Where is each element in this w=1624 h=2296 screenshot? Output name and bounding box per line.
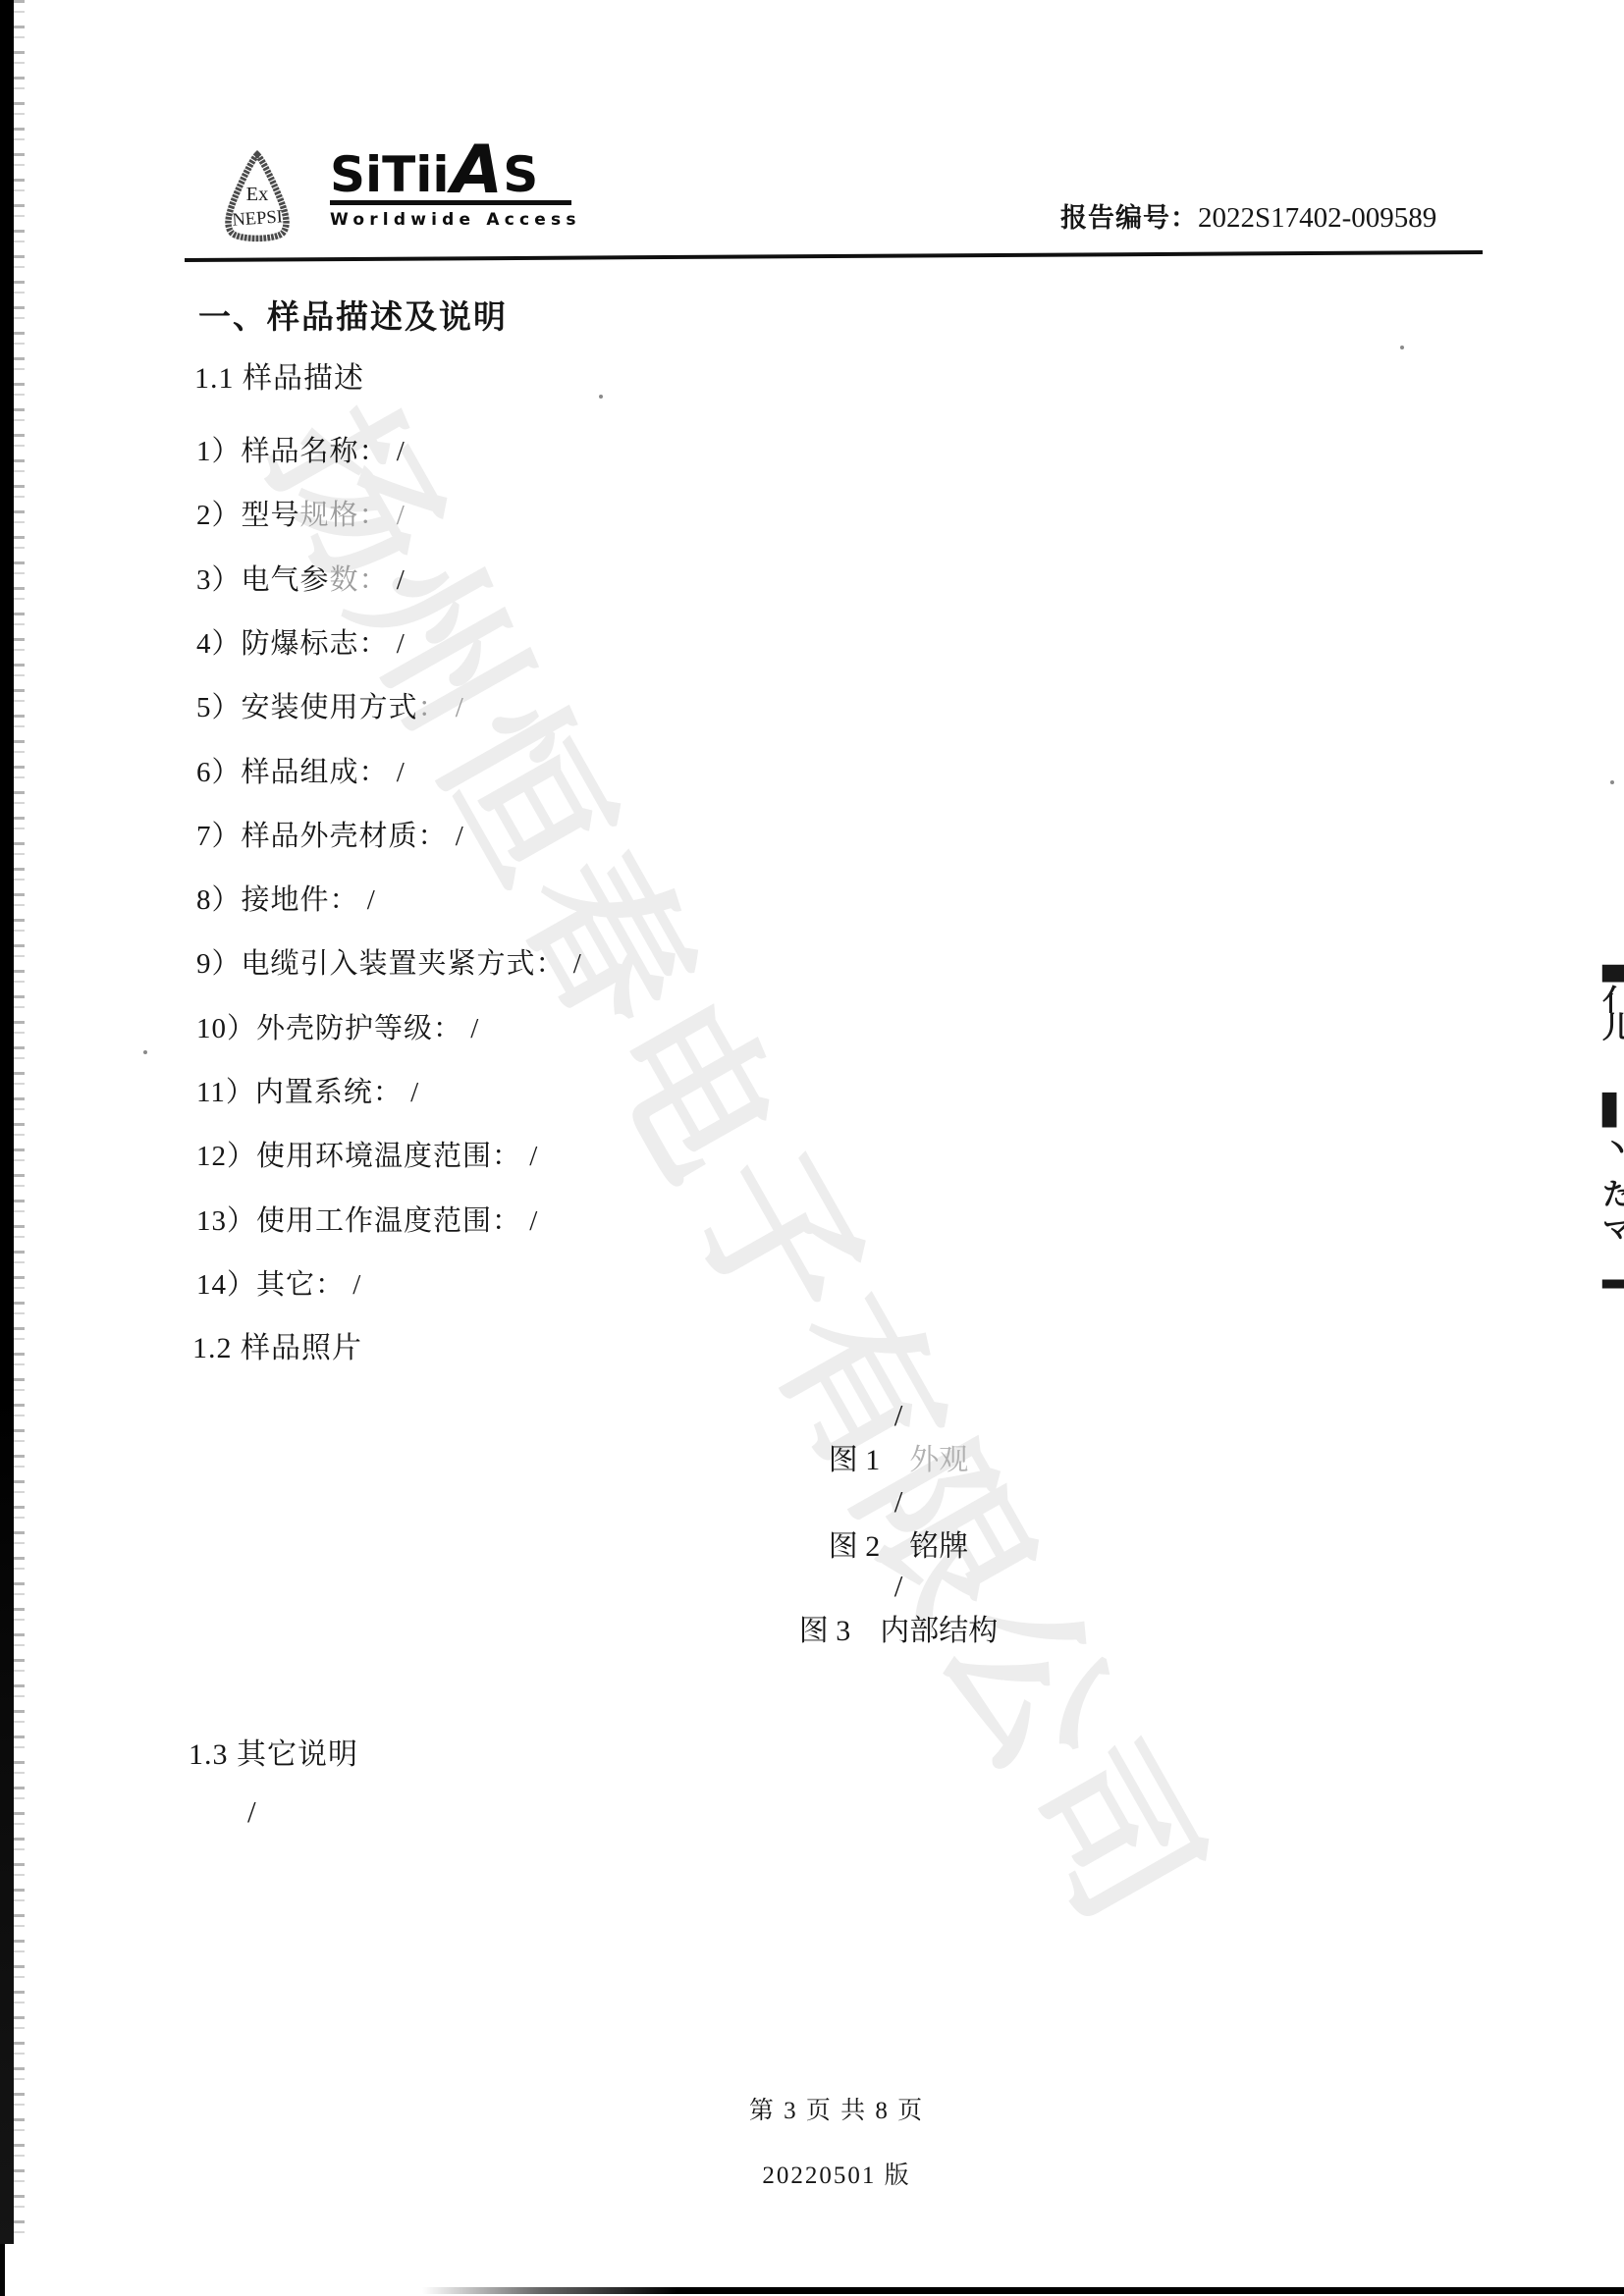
sample-item-text: 2）型号 bbox=[196, 500, 300, 531]
scan-bottom-stripe bbox=[422, 2287, 1624, 2294]
sample-item-text: 5）安装使用方式 bbox=[196, 692, 418, 723]
section-title: 一、样品描述及说明 bbox=[198, 292, 508, 338]
scan-speck bbox=[599, 395, 603, 399]
sample-item-text: 8）接地件： / bbox=[196, 884, 376, 916]
sample-item: 4）防爆标志： / bbox=[196, 621, 406, 662]
sample-item: 9）电缆引入装置夹紧方式： / bbox=[196, 941, 582, 982]
sitiias-logo: SiTiiAS Worldwide Access bbox=[330, 147, 585, 230]
sample-item-text: 3）电气参 bbox=[196, 564, 330, 596]
report-number-line: 报告编号：2022S17402-009589 bbox=[1060, 196, 1436, 235]
sample-item: 3）电气参数： / bbox=[196, 558, 406, 598]
sample-item: 1）样品名称： / bbox=[196, 429, 406, 469]
edge-stamp-fragment: 儿 bbox=[1602, 1003, 1624, 1046]
figure-photo-placeholder: / bbox=[0, 1484, 1624, 1520]
brand-prefix: SiTii bbox=[330, 155, 450, 195]
edge-stamp-fragment: ▋ bbox=[1602, 1094, 1624, 1128]
sample-item: 11）内置系统： / bbox=[196, 1070, 419, 1110]
scan-speck bbox=[143, 1050, 147, 1054]
scanned-report-page: { "header": { "badge": { "top": "Ex", "b… bbox=[0, 0, 1624, 2296]
sample-item-text: 7）样品外壳材质： / bbox=[196, 821, 464, 852]
sample-item: 14）其它： / bbox=[196, 1262, 361, 1303]
brand-suffix: S bbox=[503, 155, 538, 195]
figure-caption: 图 3内部结构 bbox=[0, 1606, 1624, 1649]
figure-name: 铭牌 bbox=[909, 1530, 968, 1563]
sample-item: 2）型号规格： / bbox=[196, 493, 406, 533]
badge-nepsi-text: NEPSI bbox=[232, 206, 284, 231]
scan-edge-noise bbox=[14, 0, 25, 2244]
scan-speck bbox=[1610, 780, 1614, 784]
sample-item-text: 4）防爆标志： / bbox=[196, 628, 406, 660]
scan-edge-stripe-tail bbox=[0, 2244, 5, 2296]
edge-stamp-fragment: ▂ bbox=[1602, 1255, 1624, 1289]
sample-item: 13）使用工作温度范围： / bbox=[196, 1199, 538, 1239]
footer-page-number: 第 3 页 共 8 页 bbox=[0, 2091, 1624, 2126]
edge-stamp-fragment: マ bbox=[1602, 1205, 1624, 1249]
sample-item: 7）样品外壳材质： / bbox=[196, 814, 464, 854]
badge-ex-text: Ex bbox=[246, 184, 269, 205]
sample-item-text: 1）样品名称： / bbox=[196, 436, 406, 467]
figure-name: 内部结构 bbox=[880, 1615, 998, 1647]
sample-item-text: 14）其它： / bbox=[196, 1269, 361, 1301]
scan-speck bbox=[1400, 346, 1404, 349]
sample-item-text: 12）使用环境温度范围： / bbox=[196, 1141, 538, 1172]
sample-item-text: 规格： / bbox=[300, 500, 406, 531]
header-rule bbox=[185, 250, 1483, 262]
sample-item: 5）安装使用方式： / bbox=[196, 685, 464, 725]
subsection-1-3: 1.3 其它说明 bbox=[189, 1730, 358, 1773]
sample-item-text: / bbox=[389, 564, 406, 596]
report-number-label: 报告编号： bbox=[1060, 203, 1198, 233]
figure-photo-placeholder: / bbox=[0, 1569, 1624, 1604]
sample-item-text: ： / bbox=[418, 692, 464, 723]
sample-item-text: 10）外壳防护等级： / bbox=[196, 1013, 479, 1044]
sample-item-text: 9）电缆引入装置夹紧方式： / bbox=[196, 948, 582, 980]
sample-item-text: 13）使用工作温度范围： / bbox=[196, 1205, 538, 1237]
figure-label: 图 1 bbox=[829, 1444, 881, 1476]
figure-label: 图 3 bbox=[799, 1615, 851, 1647]
subsection-1-1: 1.1 样品描述 bbox=[194, 353, 364, 397]
footer-version: 20220501 版 bbox=[0, 2156, 1624, 2191]
logo-tagline: Worldwide Access bbox=[330, 210, 585, 230]
figure-photo-placeholder: / bbox=[0, 1398, 1624, 1433]
nepsi-ex-badge: Ex NEPSI bbox=[211, 149, 303, 249]
figure-label: 图 2 bbox=[829, 1530, 881, 1563]
sample-item: 10）外壳防护等级： / bbox=[196, 1006, 479, 1046]
report-number-value: 2022S17402-009589 bbox=[1198, 202, 1436, 234]
brand-letter-a: A bbox=[452, 147, 504, 195]
sample-item-text: 11）内置系统： / bbox=[196, 1077, 419, 1108]
sitiias-wordmark: SiTiiAS bbox=[330, 147, 585, 195]
edge-stamp-fragment: 丶 bbox=[1602, 1125, 1624, 1168]
sample-item: 8）接地件： / bbox=[196, 878, 376, 918]
sample-item-text: 数： bbox=[330, 564, 389, 596]
subsection-1-2: 1.2 样品照片 bbox=[192, 1323, 362, 1366]
sample-item: 6）样品组成： / bbox=[196, 750, 406, 790]
subsection-1-3-value: / bbox=[247, 1794, 256, 1830]
figure-name: 外观 bbox=[909, 1444, 968, 1476]
sample-item: 12）使用环境温度范围： / bbox=[196, 1134, 538, 1174]
scan-edge-stripe bbox=[0, 0, 14, 2244]
sample-item-text: 6）样品组成： / bbox=[196, 757, 406, 788]
figure-caption: 图 2铭牌 bbox=[0, 1522, 1624, 1565]
figure-caption: 图 1外观 bbox=[0, 1435, 1624, 1478]
